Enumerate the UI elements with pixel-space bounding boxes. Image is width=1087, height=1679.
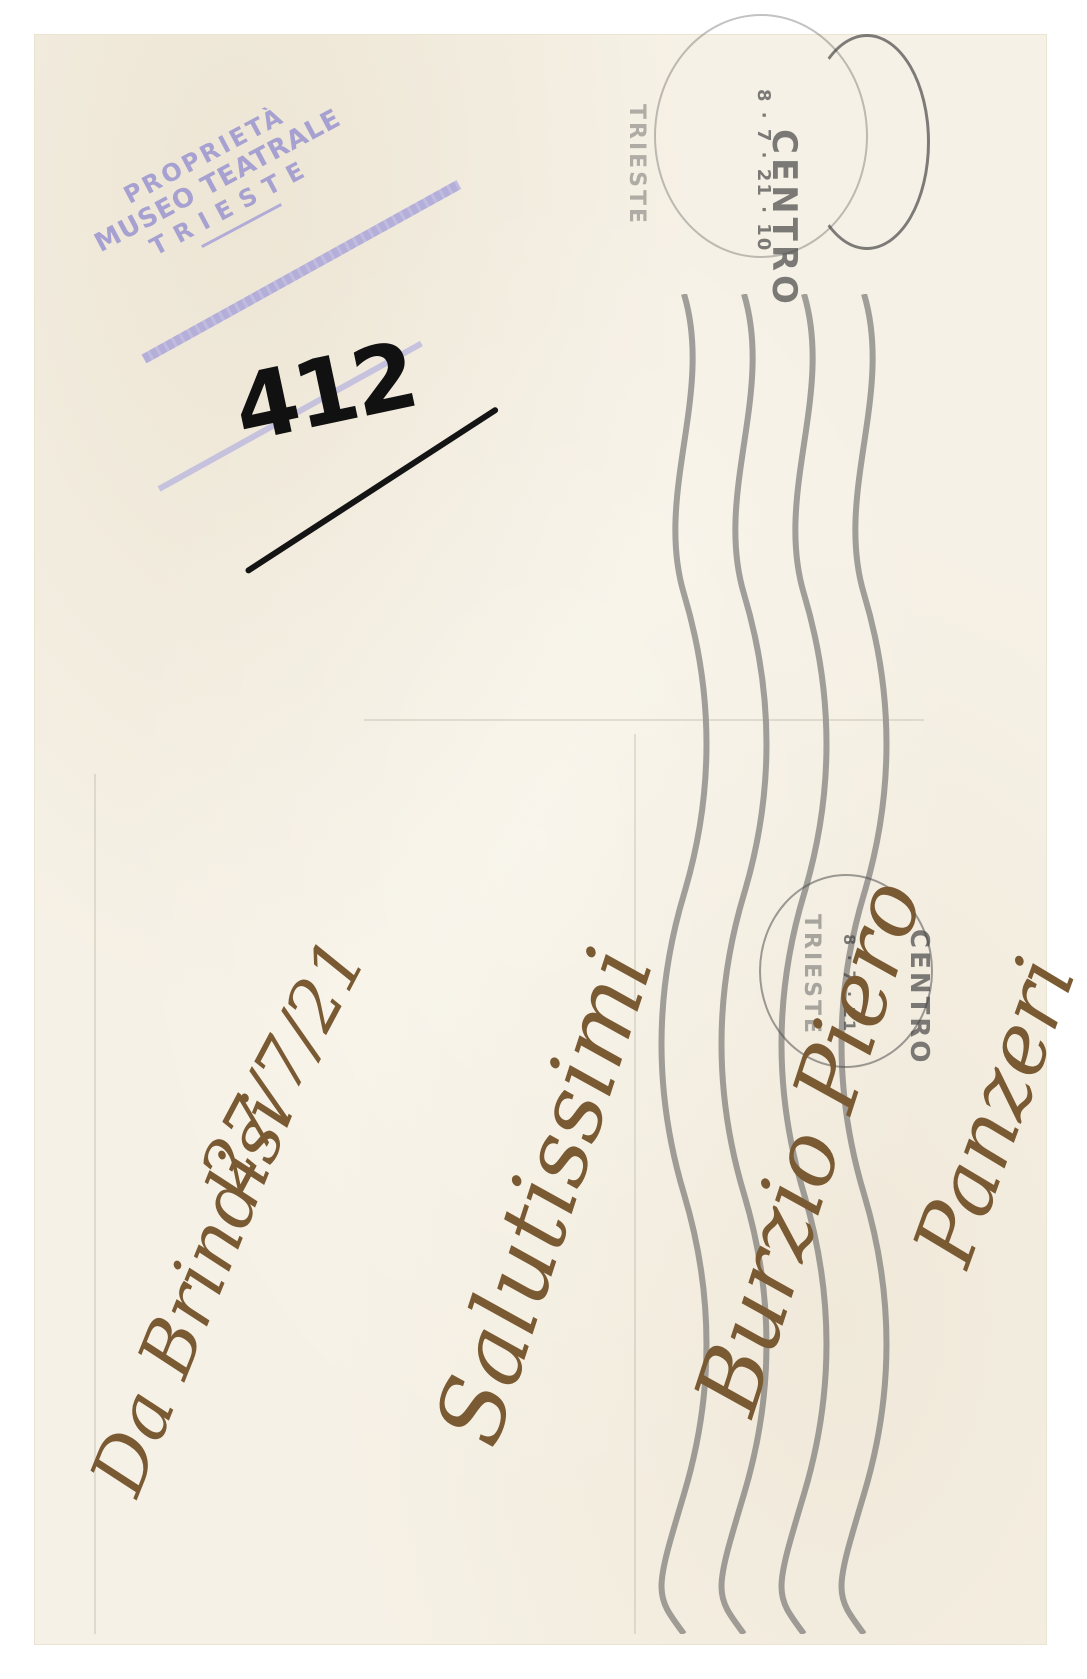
faint-vertical-line (634, 734, 636, 1634)
faint-horizontal-line (364, 719, 924, 721)
postcard-back: PROPRIETÀ MUSEO TEATRALE TRIESTE 412 CEN… (34, 34, 1047, 1645)
faint-vertical-line-left (94, 774, 96, 1634)
postmark-top-city: TRIESTE (624, 104, 649, 226)
postmark-top-centro-ring (804, 34, 930, 250)
postmark-top-date: 8 · 7 · 21 · 10 (753, 89, 774, 252)
